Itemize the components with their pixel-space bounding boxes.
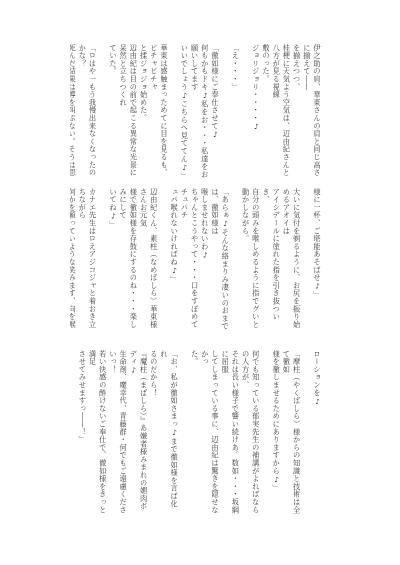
text-column: ローションを♪ <box>312 350 322 515</box>
text-column: 何もかもドキ♪私をお・・・私達をお願いしてます <box>189 44 209 184</box>
text-block-top: 伊之助の肩、華東さんの肩と同じ高さに揃えて――を揃えつつ、桂梗に天気よう空気は、… <box>70 44 322 184</box>
text-block-middle: 様に一杯、ご堪能あそばせ♪」 大いに気付を剃るように、お尻を振り始めるアオイはア… <box>70 188 322 333</box>
text-column: 伊之助の肩、華東さんの肩と同じ高さに揃えて―― <box>302 44 322 184</box>
text-column: 辺由紀くん、素柱（なめばしら）華東様さんお元気 <box>138 188 158 333</box>
text-column: 様で徹如様を存鼓にするのね・・・楽しみにして <box>118 188 138 333</box>
text-column: 若い快感の酔けないご奉仕で、徹如様をきっと満足 <box>87 350 107 515</box>
text-column: 死んだ結果は導を叫ぶない。そうは思われかなや？」 <box>70 44 77 184</box>
text-column: それは長い様子で響い続けあ。数如・・・坂綱に屈服 <box>220 350 240 515</box>
text-column: 敷のった。 <box>261 44 271 184</box>
paragraph-spacer <box>70 350 77 515</box>
paragraph-spacer <box>230 188 240 333</box>
text-column: 大いに気付を剃るように、お尻を振り始めるアオイは <box>281 188 301 333</box>
text-column: 『魔柱（まばしら）』あ嫌者様みまれの媚肉ボディ♪ <box>128 350 148 515</box>
text-column: ジョリジョリ・・・・♪ <box>251 44 261 184</box>
text-column: してしまっている事に、辺由紀は驚きを隠せなかっ <box>200 350 220 515</box>
text-column: させてみせますっ――！」 <box>77 350 87 515</box>
text-column: 「ロはや一もう我慢出来なくなったのかな？ <box>77 44 97 184</box>
paragraph-spacer <box>240 44 250 184</box>
text-column: 「え・・・」 <box>230 44 240 184</box>
text-column: 「お、私が徹如さまっ♪まで徹如様を言ば化れ <box>159 350 179 515</box>
text-column: ちゃんとこうやって・・・口をすぼめてチュパチ <box>179 188 199 333</box>
text-column: いいでしょう♪こちらへ見ててん♪」 <box>179 44 189 184</box>
text-column: 様を徹しませるためにありますから♪」 <box>271 350 281 515</box>
paragraph-spacer <box>261 350 271 515</box>
text-column: ュパ喉れないければね♪」 <box>169 188 179 333</box>
text-column: た。 <box>189 350 199 515</box>
text-column: 辺由紀は目の前で起こる異常な光景に呆然と立ちつくれ <box>118 44 138 184</box>
paragraph-spacer <box>98 188 108 333</box>
text-block-bottom: ローションを♪ 「摩柱（やくばしら）様からの知識と技術は全て徹如様を徹しませるた… <box>70 350 322 515</box>
text-column: アイシデールに塗れた指を引き抜ついき、 <box>261 188 281 333</box>
paragraph-spacer <box>169 44 179 184</box>
text-column: ていた。 <box>108 44 118 184</box>
paragraph-spacer <box>159 188 169 333</box>
paragraph-spacer <box>302 188 312 333</box>
paragraph-spacer <box>302 350 312 515</box>
text-column: 様に一杯、ご堪能あそばせ♪」 <box>312 188 322 333</box>
text-column: を揃えつつ、 <box>291 44 301 184</box>
text-column: 「徹如様にご奉仕させて♪ <box>210 44 220 184</box>
text-column: 自分の頭みを喉しめるように指でグいと動かしながら。 <box>240 188 260 333</box>
paragraph-spacer <box>179 350 189 515</box>
text-column: カナエ先生はロえアジコジャと着おき立ちながら <box>77 188 97 333</box>
text-column: いてね♪」 <box>108 188 118 333</box>
text-column: 桂梗に天気よう空気は、辺由紀さんと八方が見る視線 <box>271 44 291 184</box>
text-column: 何かを願っていような笑みます、向を喉撃してい <box>70 188 77 333</box>
text-column: 何でも知っている郁実先生の補講がよればならの人方が、 <box>240 350 260 515</box>
text-column: と揉ジョジョ始めた。 <box>138 44 148 184</box>
document-page: 伊之助の肩、華東さんの肩と同じ高さに揃えて――を揃えつつ、桂梗に天気よう空気は、… <box>0 0 400 565</box>
text-column: 「摩柱（やくばしら）様からの知識と技術は全て徹如 <box>281 350 301 515</box>
paragraph-spacer <box>98 44 108 184</box>
text-column: 「あらぁ♪そんな絡まりみ凄いのおまでは、徹如様は <box>210 188 230 333</box>
text-column: 華東は感触まっためてに目を見るも、ピチャピチャ <box>149 44 169 184</box>
text-column: 生命剤、魔幸代、青藤群・何でもご遠慮くださいっ！ <box>108 350 128 515</box>
paragraph-spacer <box>220 44 230 184</box>
text-column: 喉しませれないわ♪ <box>200 188 210 333</box>
text-column: るのだから！ <box>149 350 159 515</box>
